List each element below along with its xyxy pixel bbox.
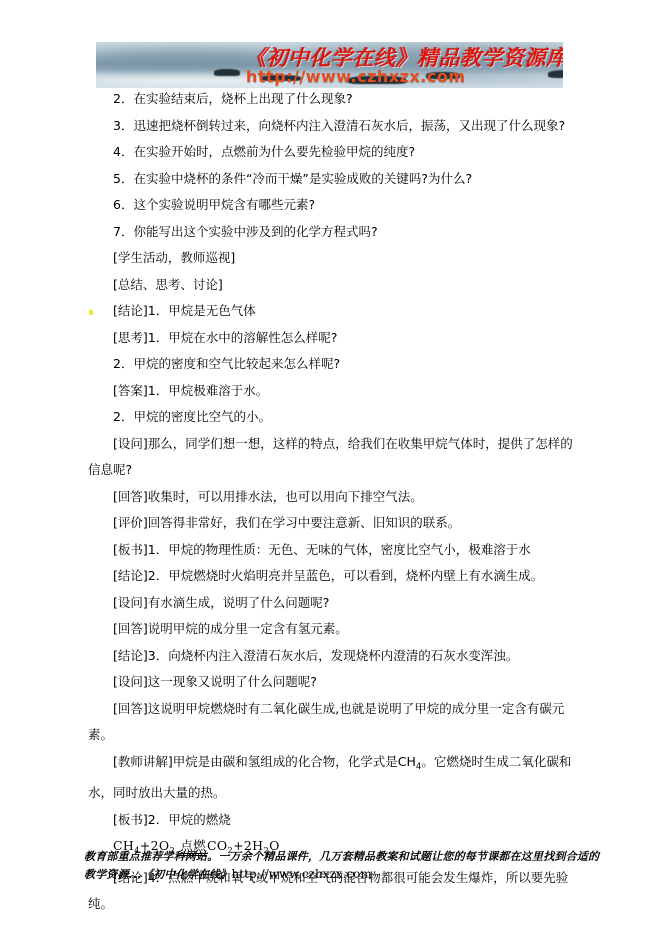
paragraph: [板书]1．甲烷的物理性质：无色、无味的气体，密度比空气小，极难溶于水 — [88, 537, 577, 564]
text-segment: [教师讲解]甲烷是由碳和氢组成的化合物，化学式是CH — [113, 754, 416, 769]
paragraph: [答案]1．甲烷极难溶于水。 — [88, 378, 577, 405]
paragraph: [设问]这一现象又说明了什么问题呢? — [88, 669, 577, 696]
paragraph: 2．甲烷的密度比空气的小。 — [88, 404, 577, 431]
paragraph: 2．甲烷的密度和空气比较起来怎么样呢? — [88, 351, 577, 378]
yellow-dot-marker — [89, 310, 93, 315]
paragraph: [结论]3．向烧杯内注入澄清石灰水后，发现烧杯内澄清的石灰水变浑浊。 — [88, 643, 577, 670]
paragraph: [总结、思考、讨论] — [88, 272, 577, 299]
paragraph: [结论]1．甲烷是无色气体 — [88, 298, 577, 325]
paragraph: 6．这个实验说明甲烷含有哪些元素? — [88, 192, 577, 219]
banner-boat-silhouette — [214, 69, 240, 76]
footer-line-1: 教育部重点推荐学科网站。一万余个精品课件，几万套精品教案和试题让您的每节课都在这… — [84, 849, 584, 866]
paragraph: [学生活动，教师巡视] — [88, 245, 577, 272]
paragraph: 5．在实验中烧杯的条件“冷而干燥”是实验成败的关键吗?为什么? — [88, 166, 577, 193]
paragraph: [设问]那么，同学们想一想，这样的特点，给我们在收集甲烷气体时，提供了怎样的信息… — [88, 431, 577, 484]
document-body: 2．在实验结束后，烧杯上出现了什么现象?3．迅速把烧杯倒转过来，向烧杯内注入澄清… — [88, 86, 577, 918]
teacher-explanation: [教师讲解]甲烷是由碳和氢组成的化合物，化学式是CH4。它燃烧时生成二氧化碳和水… — [88, 749, 577, 807]
paragraph: 3．迅速把烧杯倒转过来，向烧杯内注入澄清石灰水后，振荡，又出现了什么现象? — [88, 113, 577, 140]
paragraph: [结论]2．甲烷燃烧时火焰明亮并呈蓝色，可以看到，烧杯内壁上有水滴生成。 — [88, 563, 577, 590]
paragraph: [回答]这说明甲烷燃烧时有二氧化碳生成,也就是说明了甲烷的成分里一定含有碳元素。 — [88, 696, 577, 749]
paragraph: [回答]收集时，可以用排水法，也可以用向下排空气法。 — [88, 484, 577, 511]
paragraph: 2．在实验结束后，烧杯上出现了什么现象? — [88, 86, 577, 113]
paragraph: [板书]2．甲烷的燃烧 — [88, 807, 577, 834]
footer-line-2: 教学资源...《初中化学在线》http://www.czhxzx.com — [84, 866, 584, 884]
paragraph: [评价]回答得非常好，我们在学习中要注意新、旧知识的联系。 — [88, 510, 577, 537]
paragraph: [设问]有水滴生成，说明了什么问题呢? — [88, 590, 577, 617]
footer-line-2-text: 教学资源...《初中化学在线》 — [84, 868, 232, 881]
footer-site-url: http://www.czhxzx.com — [232, 867, 372, 881]
document-page: 《初中化学在线》精品教学资源库 http://www.czhxzx.com 2．… — [0, 0, 661, 935]
paragraph: [回答]说明甲烷的成分里一定含有氢元素。 — [88, 616, 577, 643]
banner-site-url: http://www.czhxzx.com — [246, 68, 466, 86]
paragraph: 7．你能写出这个实验中涉及到的化学方程式吗? — [88, 219, 577, 246]
banner-site-title: 《初中化学在线》精品教学资源库 — [245, 47, 563, 69]
header-banner: 《初中化学在线》精品教学资源库 http://www.czhxzx.com — [96, 42, 563, 88]
banner-boat-silhouette — [548, 70, 563, 78]
paragraph: [思考]1．甲烷在水中的溶解性怎么样呢? — [88, 325, 577, 352]
footer: 教育部重点推荐学科网站。一万余个精品课件，几万套精品教案和试题让您的每节课都在这… — [84, 849, 584, 883]
paragraph: 4．在实验开始时，点燃前为什么要先检验甲烷的纯度? — [88, 139, 577, 166]
